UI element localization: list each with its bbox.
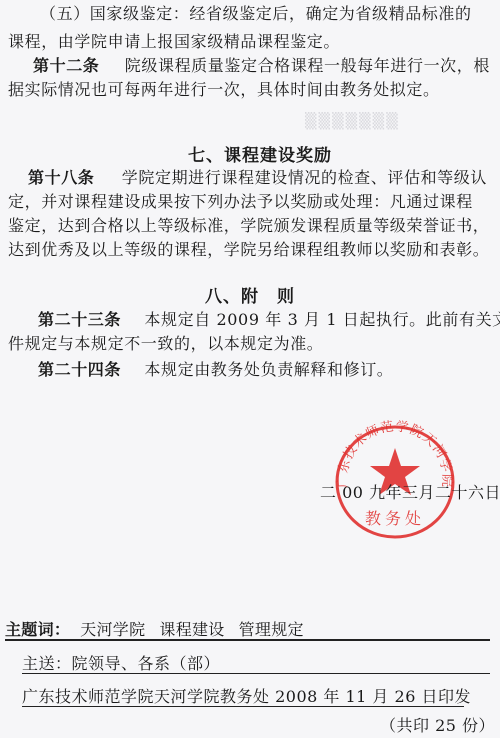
article-24: 第二十四条 本规定由教务处负责解释和修订。 xyxy=(38,360,393,380)
article-12: 第十二条 院级课程质量鉴定合格课程一般每年进行一次，根 xyxy=(33,56,490,76)
issuer-line: 广东技术师范学院天河学院教务处 2008 年 11 月 26 日印发 xyxy=(22,684,471,707)
divider xyxy=(22,673,490,674)
article-23: 第二十三条 本规定自 2009 年 3 月 1 日起执行。此前有关文 xyxy=(38,310,500,330)
paragraph-line: （五）国家级鉴定：经省级鉴定后，确定为省级精品标准的 xyxy=(40,4,472,24)
article-text: 本规定由教务处负责解释和修订。 xyxy=(144,360,393,379)
article-text: 学院定期进行课程建设情况的检查、评估和等级认 xyxy=(122,168,487,187)
keyword: 课程建设 xyxy=(159,620,224,639)
paragraph-line: 定，并对课程建设成果按下列办法予以奖励或处理：凡通过课程 xyxy=(8,192,473,212)
section-heading: 八、附 则 xyxy=(205,282,295,307)
article-label: 第十二条 xyxy=(33,56,99,75)
article-label: 第十八条 xyxy=(28,168,94,187)
section-heading: 七、课程建设奖励 xyxy=(188,141,332,166)
divider xyxy=(5,639,490,641)
recipients: 主送：院领导、各系（部） xyxy=(22,651,220,674)
keywords-label: 主题词： xyxy=(5,620,70,639)
signature-date: 二 00 九年三月二十六日 xyxy=(320,480,500,503)
keyword: 天河学院 xyxy=(80,620,145,639)
paragraph-line: 达到优秀及以上等级的课程，学院另给课程组教师以奖励和表彰。 xyxy=(8,240,489,260)
bleed-through-text: ▒▒▒▒▒▒▒ xyxy=(305,112,400,130)
article-18: 第十八条 学院定期进行课程建设情况的检查、评估和等级认 xyxy=(28,168,487,188)
recipients-value: 院领导、各系（部） xyxy=(72,654,221,673)
divider xyxy=(22,706,464,707)
article-text: 院级课程质量鉴定合格课程一般每年进行一次，根 xyxy=(125,56,490,75)
svg-text:教务处: 教务处 xyxy=(365,509,425,528)
document-page: ▒▒▒▒▒▒▒ （五）国家级鉴定：经省级鉴定后，确定为省级精品标准的 课程，由学… xyxy=(0,0,500,738)
recipients-label: 主送： xyxy=(22,654,72,673)
paragraph-line: 据实际情况也可每两年进行一次，具体时间由教务处拟定。 xyxy=(8,80,440,100)
article-text: 本规定自 2009 年 3 月 1 日起执行。此前有关文 xyxy=(144,310,500,329)
paragraph-line: 鉴定，达到合格以上等级标准，学院颁发课程质量等级荣誉证书， xyxy=(8,216,489,236)
article-label: 第二十四条 xyxy=(38,360,121,379)
paragraph-line: 课程，由学院申请上报国家级精品课程鉴定。 xyxy=(8,32,340,52)
keyword: 管理规定 xyxy=(239,620,304,639)
copies-count: （共印 25 份） xyxy=(380,713,495,736)
paragraph-line: 件规定与本规定不一致的，以本规定为准。 xyxy=(8,334,323,354)
subject-keywords: 主题词：天河学院课程建设管理规定 xyxy=(5,617,304,640)
article-label: 第二十三条 xyxy=(38,310,121,329)
